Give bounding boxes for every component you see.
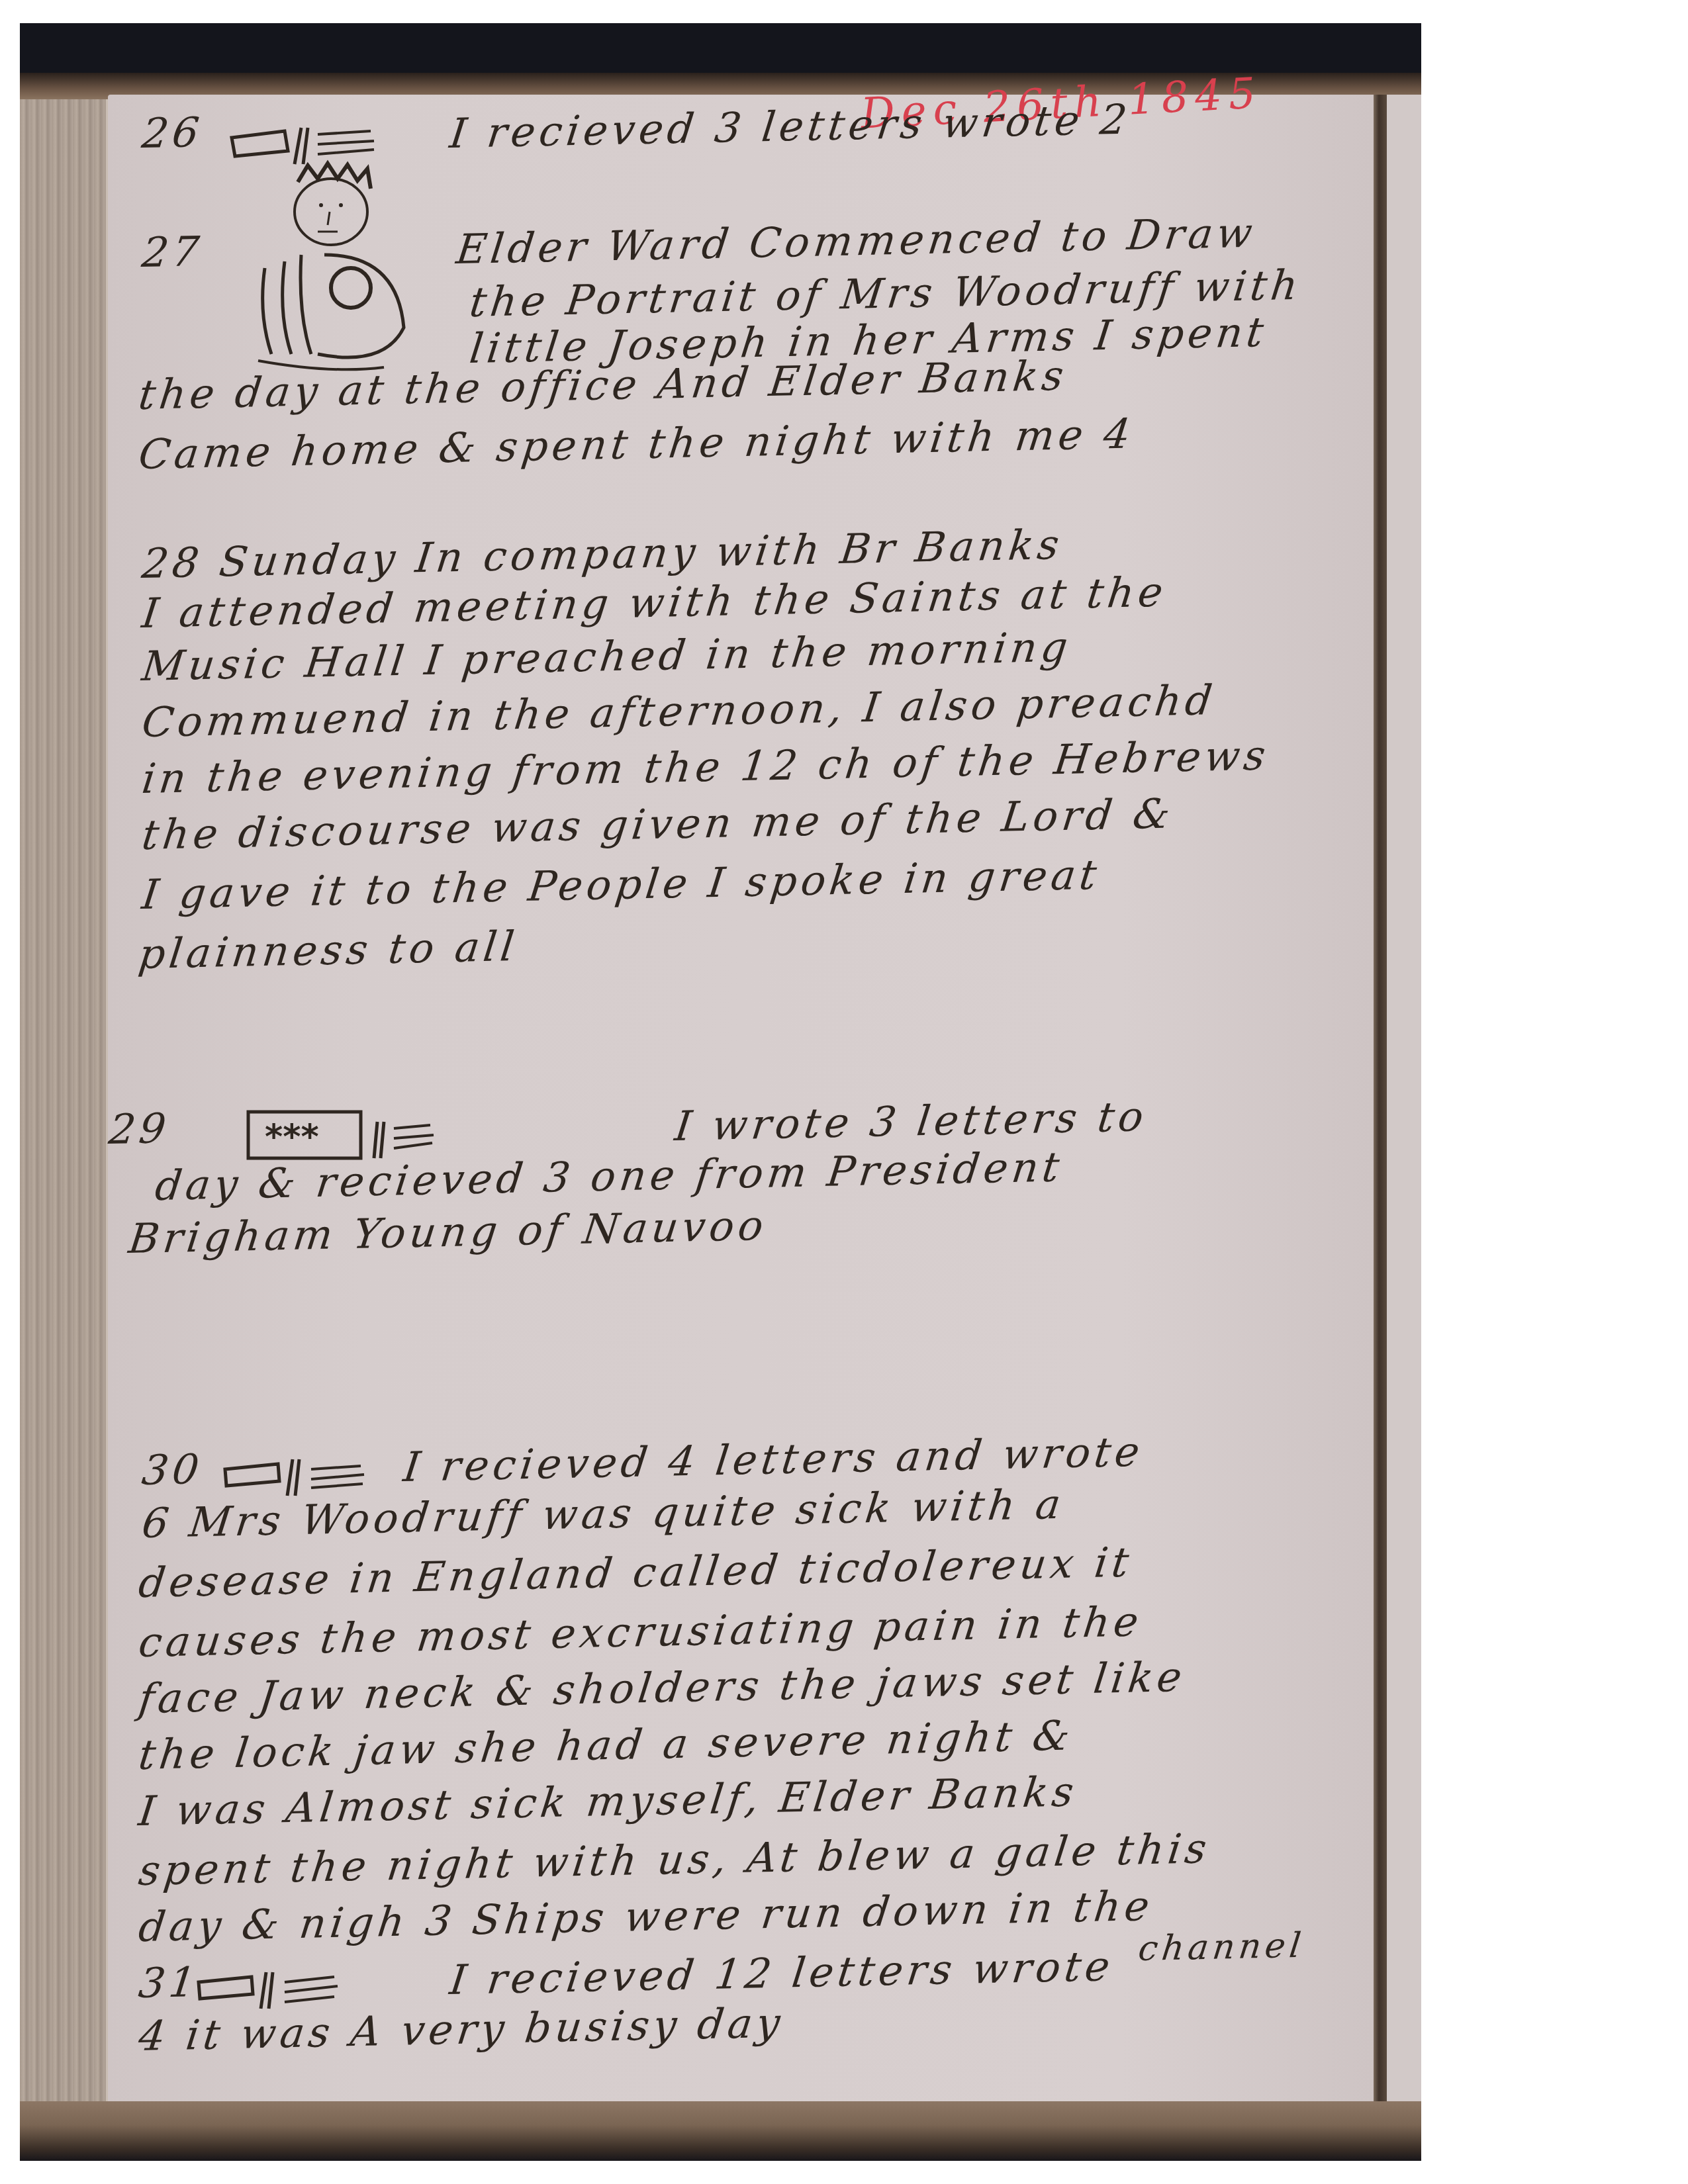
entry-day-27: 27	[140, 227, 206, 277]
book-bottom-edge	[20, 2101, 1421, 2161]
entry-day-29: 29	[107, 1104, 173, 1154]
portrait-drawing-icon	[252, 156, 424, 374]
entry-30-line: channel	[1136, 1926, 1307, 1969]
entry-day-26: 26	[140, 108, 206, 158]
entry-29-line: I wrote 3 letters to	[673, 1092, 1150, 1150]
entry-day-30: 30	[140, 1445, 206, 1494]
facing-page-edge	[1387, 95, 1421, 2107]
page-stack-edge	[20, 99, 108, 2105]
svg-text:***: ***	[265, 1117, 319, 1157]
entry-28-line: plainness to all	[136, 922, 521, 978]
book-gutter	[1374, 95, 1387, 2120]
